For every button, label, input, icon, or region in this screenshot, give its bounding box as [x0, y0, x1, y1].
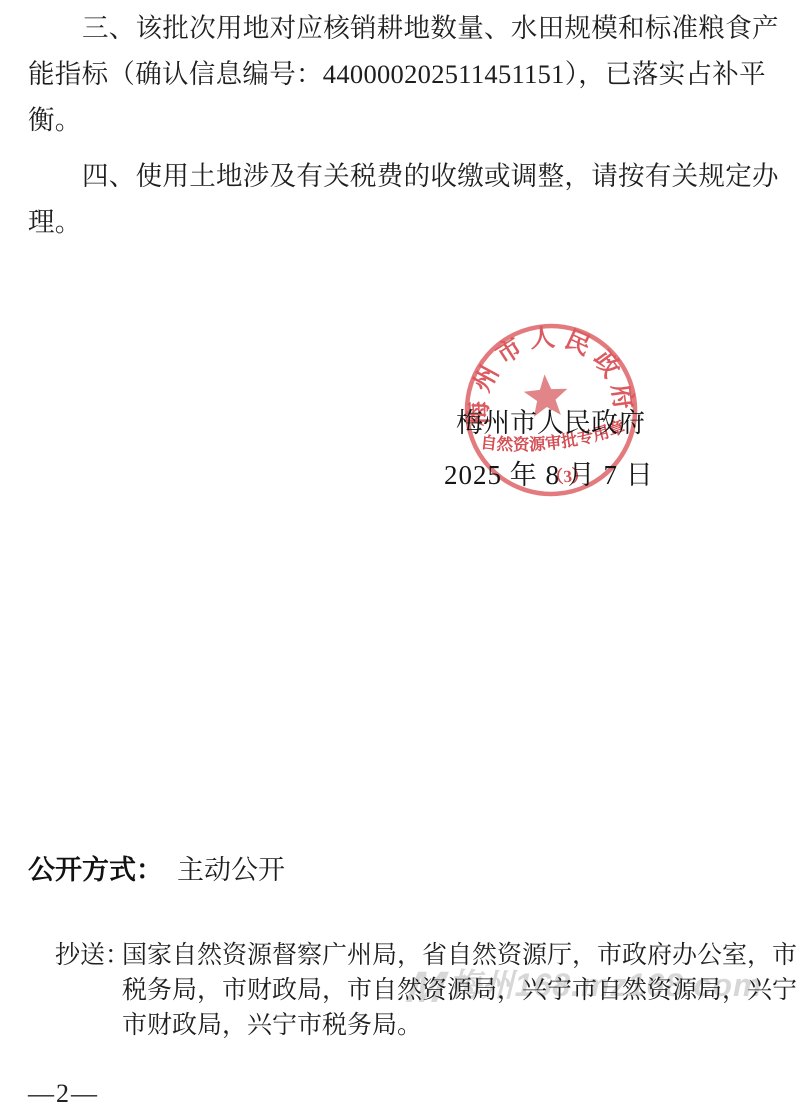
paragraph-4-line-2: 理。: [28, 199, 776, 245]
cc-lines: 国家自然资源督察广州局，省自然资源厅，市政府办公室，市 税务局，市财政局，市自然…: [122, 938, 797, 1043]
cc-label: 抄送：: [55, 938, 122, 1043]
paragraph-4: 四、使用土地涉及有关税费的收缴或调整，请按有关规定办 理。: [28, 153, 776, 245]
signature-date: 2025 年 8 月 7 日: [444, 453, 654, 492]
publicity-line: 公开方式：主动公开: [28, 848, 285, 887]
document-page: 三、该批次用地对应核销耕地数量、水田规模和标准粮食产 能指标（确认信息编号：44…: [0, 0, 800, 1118]
paragraph-4-line-1: 四、使用土地涉及有关税费的收缴或调整，请按有关规定办: [28, 153, 776, 199]
signature-authority: 梅州市人民政府: [456, 401, 645, 440]
paragraph-3-line-3: 衡。: [28, 97, 776, 143]
paragraph-3-line-1: 三、该批次用地对应核销耕地数量、水田规模和标准粮食产: [28, 5, 776, 51]
publicity-label: 公开方式：: [28, 855, 163, 885]
cc-line-2: 税务局，市财政局，市自然资源局，兴宁市自然资源局，兴宁: [122, 973, 797, 1008]
publicity-value: 主动公开: [177, 855, 285, 885]
paragraph-3: 三、该批次用地对应核销耕地数量、水田规模和标准粮食产 能指标（确认信息编号：44…: [28, 5, 776, 143]
page-number: —2—: [28, 1079, 99, 1109]
paragraph-3-line-2: 能指标（确认信息编号：440000202511451151），已落实占补平: [28, 51, 776, 97]
body-text: 三、该批次用地对应核销耕地数量、水田规模和标准粮食产 能指标（确认信息编号：44…: [28, 5, 776, 245]
cc-line-3: 市财政局，兴宁市税务局。: [122, 1008, 797, 1043]
cc-line-1: 国家自然资源督察广州局，省自然资源厅，市政府办公室，市: [122, 938, 797, 973]
cc-block: 抄送： 国家自然资源督察广州局，省自然资源厅，市政府办公室，市 税务局，市财政局…: [55, 938, 797, 1043]
